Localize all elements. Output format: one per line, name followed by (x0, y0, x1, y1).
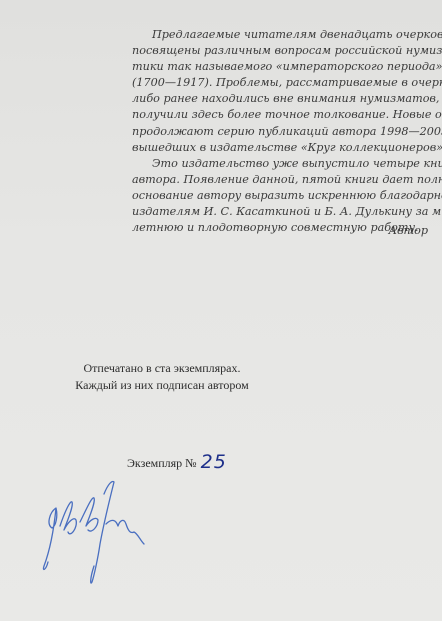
text-line: либо ранее находились вне внимания нумиз… (132, 91, 428, 107)
colophon-line-1: Отпечатано в ста экземплярах. (72, 360, 252, 377)
colophon: Отпечатано в ста экземплярах. Каждый из … (72, 360, 252, 394)
text-line: получили здесь более точное толкование. … (132, 107, 428, 123)
text-line: посвящены различным вопросам российской … (132, 43, 428, 59)
text-line: Предлагаемые читателям двенадцать очерко… (132, 27, 428, 43)
signature-icon (30, 478, 160, 588)
text-line: тики так называемого «императорского пер… (132, 59, 428, 75)
preface-paragraph-2: Это издательство уже выпустило четыре кн… (132, 156, 428, 236)
text-line: вышедших в издательстве «Круг коллекцион… (132, 140, 428, 156)
text-line: летнюю и плодотворную совместную работу. (132, 220, 428, 236)
text-line: автора. Появление данной, пятой книги да… (132, 172, 428, 188)
colophon-line-2: Каждый из них подписан автором (72, 377, 252, 394)
text-line: основание автору выразить искреннюю благ… (132, 188, 428, 204)
author-signoff: Автор (389, 224, 429, 237)
copy-number-label: Экземпляр № (127, 456, 197, 470)
text-line: издателям И. С. Касаткиной и Б. А. Дульк… (132, 204, 428, 220)
book-page: Предлагаемые читателям двенадцать очерко… (0, 0, 442, 621)
preface-text: Предлагаемые читателям двенадцать очерко… (132, 27, 428, 236)
copy-number: Экземпляр №25 (127, 450, 227, 472)
preface-paragraph-1: Предлагаемые читателям двенадцать очерко… (132, 27, 428, 156)
copy-number-value: 25 (201, 451, 227, 473)
text-line: продолжают серию публикаций автора 1998—… (132, 124, 428, 140)
text-line: Это издательство уже выпустило четыре кн… (132, 156, 428, 172)
text-line: (1700—1917). Проблемы, рассматриваемые в… (132, 75, 428, 91)
